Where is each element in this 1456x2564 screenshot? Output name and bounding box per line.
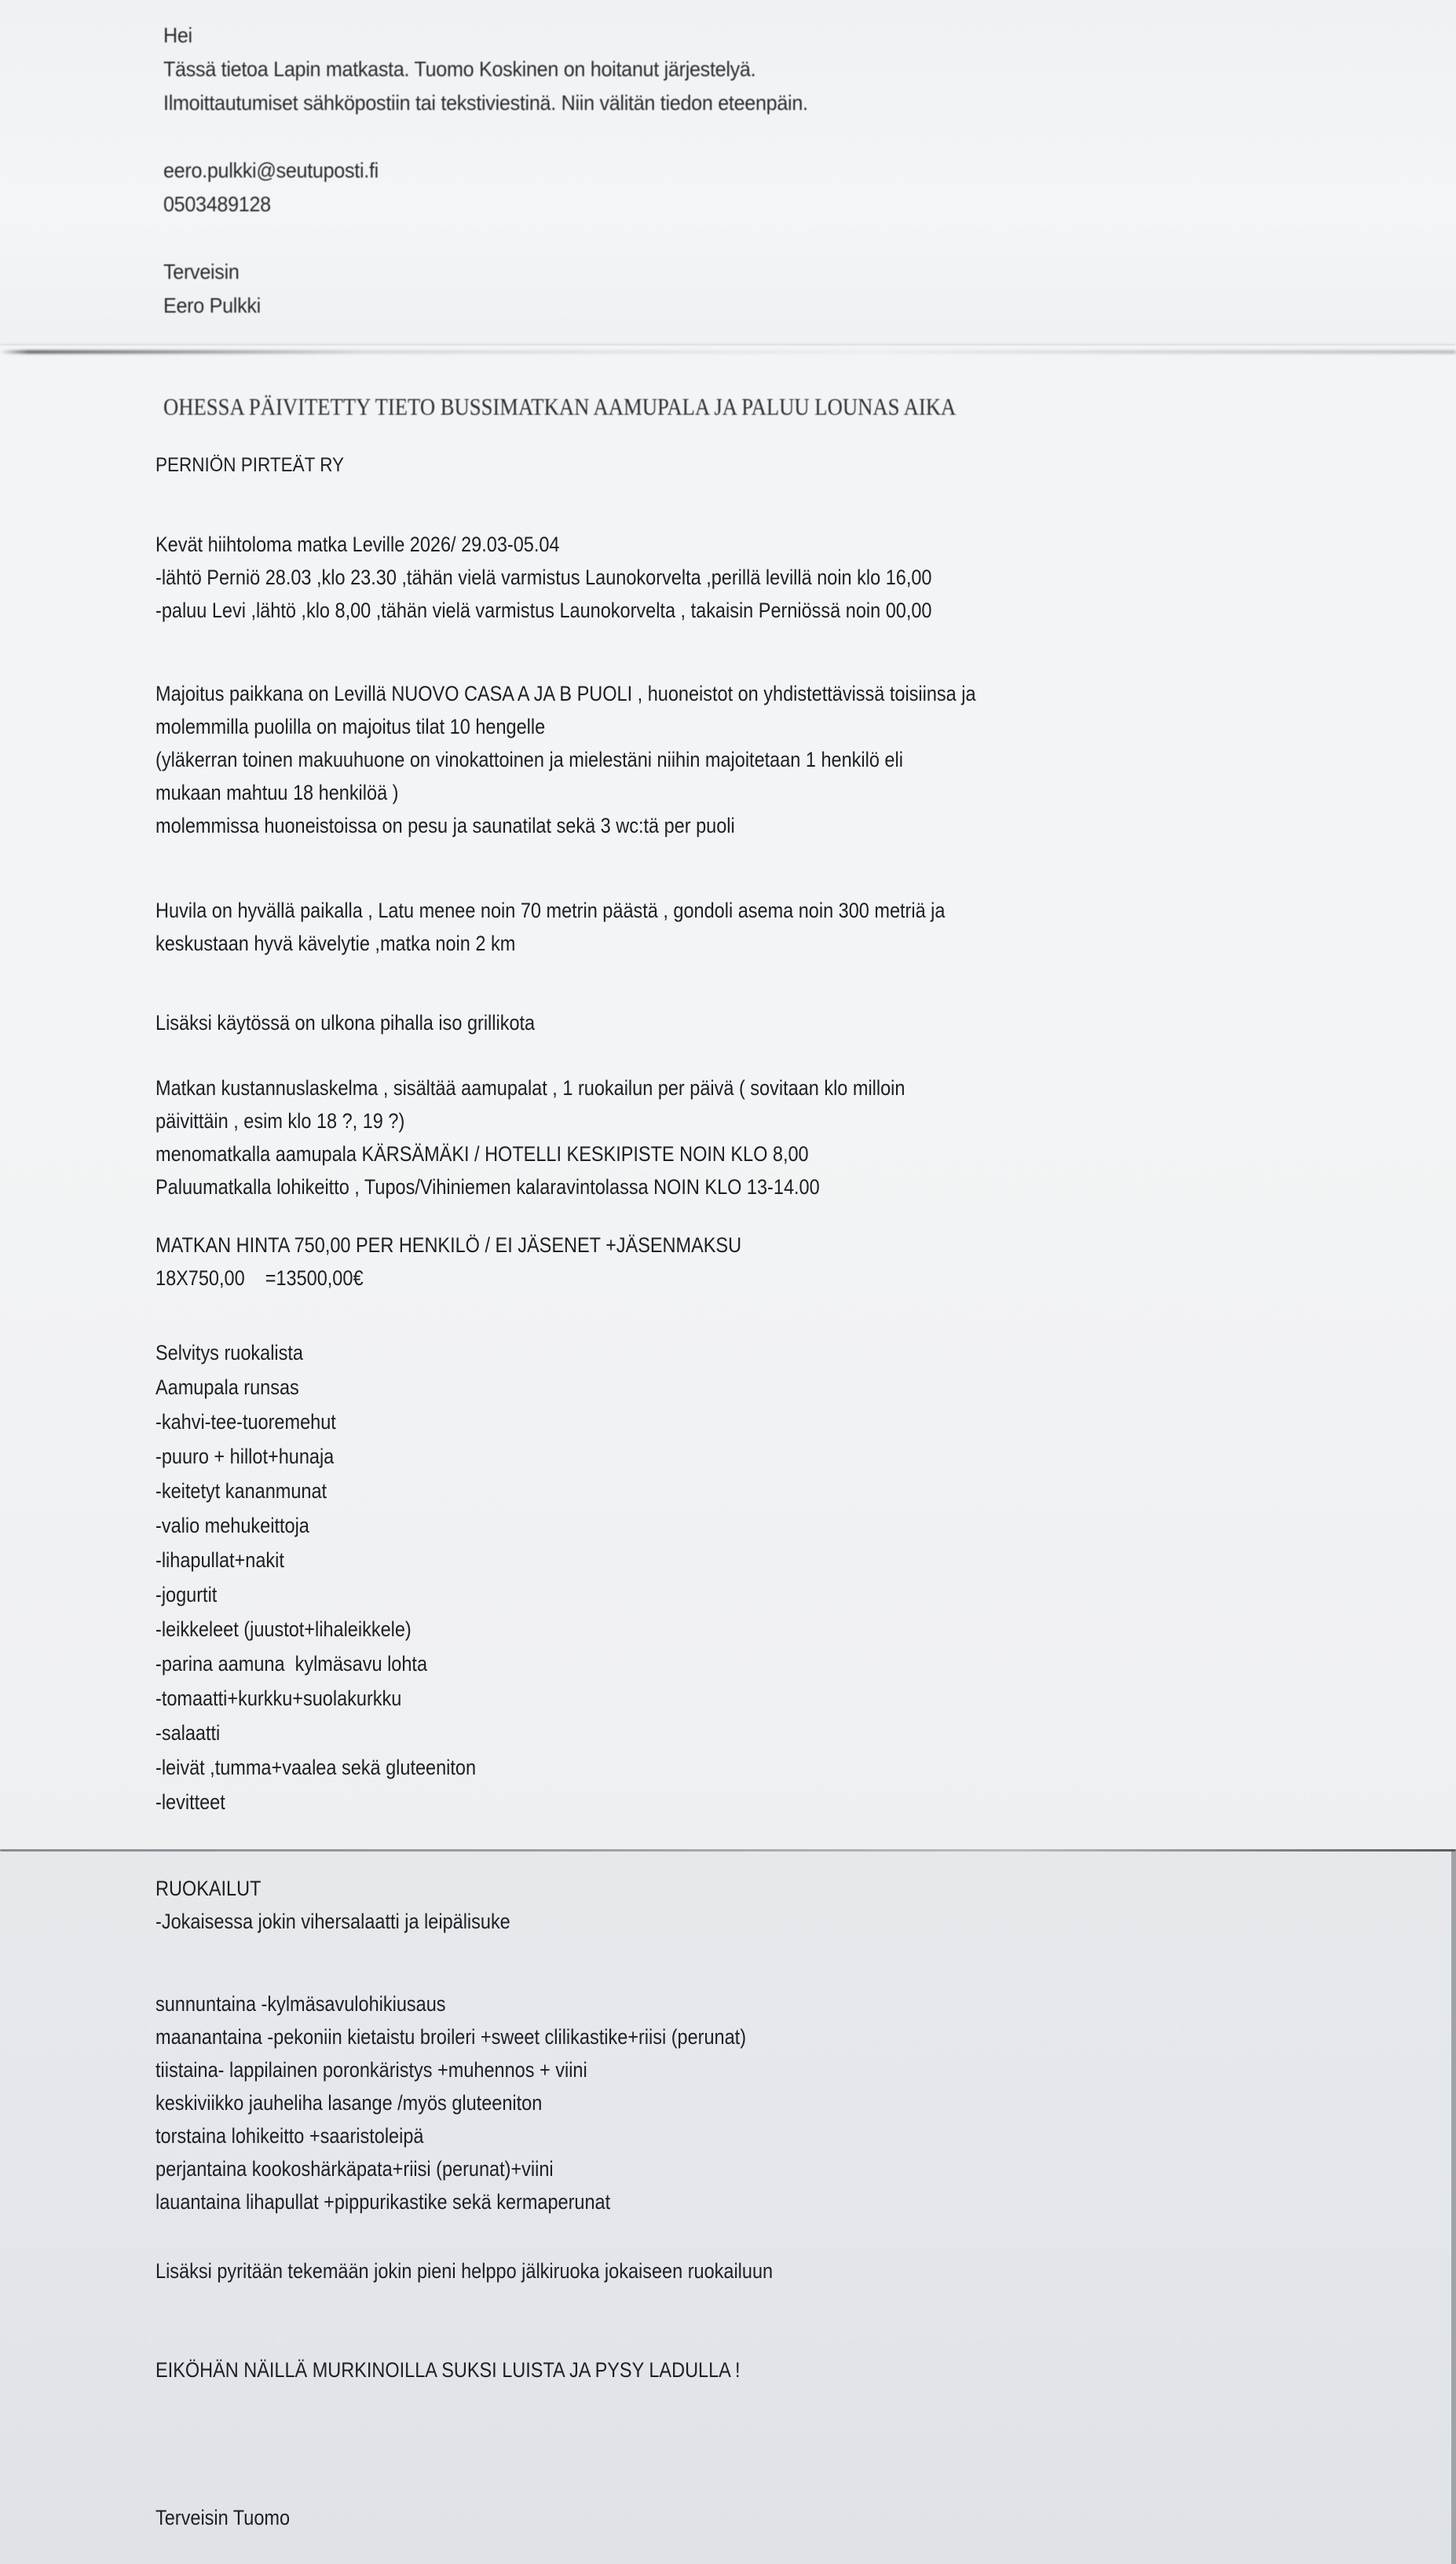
accommodation-line: (yläkerran toinen makuuhuone on vinokatt… [155,743,976,776]
location-line: Huvila on hyvällä paikalla , Latu menee … [155,894,945,927]
breakfast-item: -kahvi-tee-tuoremehut [155,1405,476,1439]
breakfast-subheading: Aamupala runsas [155,1370,476,1405]
breakfast-item: -salaatti [155,1716,476,1750]
accommodation-line: molemmissa huoneistoissa on pesu ja saun… [155,809,976,842]
paper-edge-shadow [1451,1852,1456,2564]
meal-day: maanantaina -pekoniin kietaistu broileri… [155,2020,746,2053]
dessert-note: Lisäksi pyritään tekemään jokin pieni he… [155,2254,773,2287]
breakfast-item: -puuro + hillot+hunaja [155,1439,476,1474]
closing-shout-line: EIKÖHÄN NÄILLÄ MURKINOILLA SUKSI LUISTA … [155,2353,741,2386]
breakfast-item: -keitetyt kananmunat [155,1474,476,1508]
breakfast-item: -valio mehukeittoja [155,1508,476,1543]
email-greeting: Hei [163,19,808,53]
meal-day: sunnuntaina -kylmäsavulohikiusaus [155,1987,746,2020]
meals-note: -Jokaisessa jokin vihersalaatti ja leipä… [155,1905,510,1938]
email-intro-line: Tässä tietoa Lapin matkasta. Tuomo Koski… [163,53,808,86]
contact-phone: 0503489128 [163,188,808,222]
trip-departure: -lähtö Perniö 28.03 ,klo 23.30 ,tähän vi… [155,561,931,594]
meal-day: torstaina lohikeitto +saaristoleipä [155,2119,746,2152]
cost-line: Paluumatkalla lohikeitto , Tupos/Vihinie… [155,1170,905,1203]
trip-heading: Kevät hiihtoloma matka Leville 2026/ 29.… [155,528,931,561]
breakfast-item: -jogurtit [155,1577,476,1612]
price-info: MATKAN HINTA 750,00 PER HENKILÖ / EI JÄS… [155,1229,741,1295]
email-intro-line: Ilmoittautumiset sähköpostiin tai teksti… [163,86,808,120]
meals-header: RUOKAILUT -Jokaisessa jokin vihersalaatt… [155,1872,510,1938]
breakfast-item: -lihapullat+nakit [155,1543,476,1577]
extra-facility: Lisäksi käytössä on ulkona pihalla iso g… [155,1006,535,1039]
location-info: Huvila on hyvällä paikalla , Latu menee … [155,894,945,960]
price-line: MATKAN HINTA 750,00 PER HENKILÖ / EI JÄS… [155,1229,741,1262]
organization-name: PERNIÖN PIRTEÄT RY [155,454,344,477]
meal-day: lauantaina lihapullat +pippurikastike se… [155,2185,746,2218]
accommodation-info: Majoitus paikkana on Levillä NUOVO CASA … [155,677,976,842]
breakfast-item: -levitteet [155,1785,476,1819]
cost-line: päivittäin , esim klo 18 ?, 19 ?) [155,1104,905,1137]
meal-day: perjantaina kookoshärkäpata+riisi (perun… [155,2152,746,2185]
closing-shout: EIKÖHÄN NÄILLÄ MURKINOILLA SUKSI LUISTA … [155,2353,741,2386]
email-message: Hei Tässä tietoa Lapin matkasta. Tuomo K… [163,19,808,323]
meal-day: tiistaina- lappilainen poronkäristys +mu… [155,2053,746,2086]
meals-heading: RUOKAILUT [155,1872,510,1905]
breakfast-item: -tomaatti+kurkku+suolakurkku [155,1681,476,1716]
breakfast-item: -leivät ,tumma+vaalea sekä gluteeniton [155,1750,476,1785]
breakfast-menu: Selvitys ruokalista Aamupala runsas -kah… [155,1335,476,1819]
accommodation-line: Majoitus paikkana on Levillä NUOVO CASA … [155,677,976,710]
cost-line: menomatkalla aamupala KÄRSÄMÄKI / HOTELL… [155,1137,905,1170]
price-total: 18X750,00 =13500,00€ [155,1262,741,1295]
paper-overlap-seam [0,350,1456,353]
meal-day: keskiviikko jauheliha lasange /myös glut… [155,2086,746,2119]
trip-schedule: Kevät hiihtoloma matka Leville 2026/ 29.… [155,528,931,627]
signature-line: Terveisin Tuomo [155,2501,290,2534]
daily-meals: sunnuntaina -kylmäsavulohikiusaus maanan… [155,1987,746,2218]
breakfast-heading: Selvitys ruokalista [155,1335,476,1370]
extra-facility-line: Lisäksi käytössä on ulkona pihalla iso g… [155,1006,535,1039]
cost-info: Matkan kustannuslaskelma , sisältää aamu… [155,1071,905,1203]
contact-email: eero.pulkki@seutuposti.fi [163,154,808,188]
location-line: keskustaan hyvä kävelytie ,matka noin 2 … [155,927,945,960]
breakfast-item: -parina aamuna kylmäsavu lohta [155,1646,476,1681]
breakfast-item: -leikkeleet (juustot+lihaleikkele) [155,1612,476,1646]
trip-return: -paluu Levi ,lähtö ,klo 8,00 ,tähän viel… [155,594,931,627]
dessert-line: Lisäksi pyritään tekemään jokin pieni he… [155,2254,773,2287]
paper-fold-line [0,1849,1456,1852]
email-closing: Terveisin [163,255,808,289]
cost-line: Matkan kustannuslaskelma , sisältää aamu… [155,1071,905,1104]
signature: Terveisin Tuomo [155,2501,290,2534]
accommodation-line: molemmilla puolilla on majoitus tilat 10… [155,710,976,743]
accommodation-line: mukaan mahtuu 18 henkilöä ) [155,776,976,809]
document-title: OHESSA PÄIVITETTY TIETO BUSSIMATKAN AAMU… [163,393,956,421]
email-sender: Eero Pulkki [163,289,808,323]
